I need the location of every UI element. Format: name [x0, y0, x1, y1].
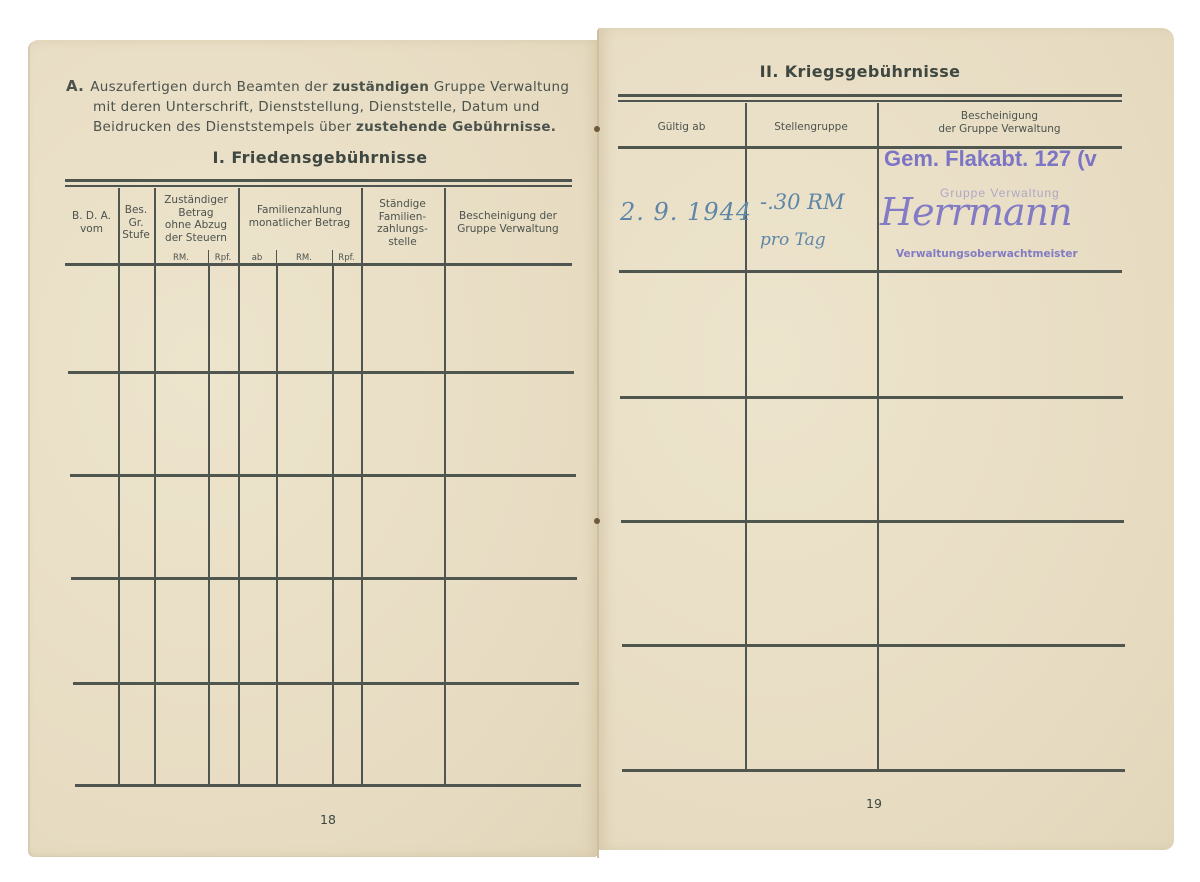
instructions-block: A.Auszufertigen durch Beamten der zustän…: [66, 76, 576, 137]
table-bottom-rule: [75, 784, 581, 787]
column-divider: [877, 103, 879, 771]
sub-rm-1: RM.: [154, 253, 208, 263]
sub-ab: ab: [238, 253, 276, 263]
header-bda-vom: B. D. A. vom: [65, 210, 118, 235]
instructions-line-1: A.Auszufertigen durch Beamten der zustän…: [66, 76, 576, 97]
column-divider: [118, 188, 120, 786]
sub-rpf-2: Rpf.: [332, 253, 361, 263]
table-top-rule: [65, 179, 572, 182]
row-divider: [620, 396, 1123, 399]
row-divider: [622, 644, 1125, 647]
column-divider: [208, 265, 210, 786]
column-divider: [332, 265, 334, 786]
header-bescheinigung: Bescheinigung der Gruppe Verwaltung: [444, 210, 572, 235]
staple-top: [594, 126, 600, 132]
book-spine: [597, 30, 599, 858]
table-top-rule: [618, 94, 1122, 97]
page-number-right: 19: [866, 796, 882, 811]
column-divider: [276, 265, 278, 786]
table-top-rule-thin: [65, 185, 572, 187]
sub-rpf-1: Rpf.: [208, 253, 238, 263]
staple-bottom: [594, 518, 600, 524]
handwritten-date: 2. 9. 1944: [620, 198, 752, 226]
unit-stamp: Gem. Flakabt. 127 (v: [884, 146, 1097, 172]
column-divider: [361, 188, 363, 786]
header-zustaendiger-betrag: Zuständiger Betrag ohne Abzug der Steuer…: [154, 194, 238, 244]
row-divider: [70, 474, 576, 477]
page-number-left: 18: [320, 812, 336, 827]
row-divider: [619, 270, 1122, 273]
header-staendige-zahlungsstelle: Ständige Familien- zahlungs- stelle: [361, 198, 444, 248]
sub-rm-2: RM.: [276, 253, 332, 263]
row-divider: [68, 371, 574, 374]
row-divider: [621, 520, 1124, 523]
table-top-rule-thin: [618, 100, 1122, 102]
instructions-line-2: mit deren Unterschrift, Dienststellung, …: [66, 97, 576, 117]
header-bescheinigung: Bescheinigung der Gruppe Verwaltung: [877, 110, 1122, 135]
table-bottom-rule: [622, 769, 1125, 772]
signature: Herrmann: [880, 190, 1072, 234]
column-divider: [238, 188, 240, 786]
header-familienzahlung: Familienzahlung monatlicher Betrag: [238, 204, 361, 229]
section-title-peace: I. Friedensgebührnisse: [150, 148, 490, 167]
stamp-rank: Verwaltungsoberwachtmeister: [896, 248, 1078, 260]
instructions-line-3: Beidrucken des Dienststempels über zuste…: [66, 117, 576, 137]
column-divider: [154, 188, 156, 786]
handwritten-rate: -.30 RM: [760, 190, 844, 214]
handwritten-per-day: pro Tag: [760, 230, 826, 250]
header-bottom-rule: [65, 263, 572, 266]
header-gueltig-ab: Gültig ab: [618, 121, 745, 134]
row-divider: [71, 577, 577, 580]
header-stellengruppe: Stellengruppe: [745, 121, 877, 134]
section-title-war: II. Kriegsgebührnisse: [690, 62, 1030, 81]
column-divider: [444, 188, 446, 786]
header-bes-gr-stufe: Bes. Gr. Stufe: [118, 204, 154, 242]
row-divider: [73, 682, 579, 685]
instructions-label: A.: [66, 77, 84, 95]
